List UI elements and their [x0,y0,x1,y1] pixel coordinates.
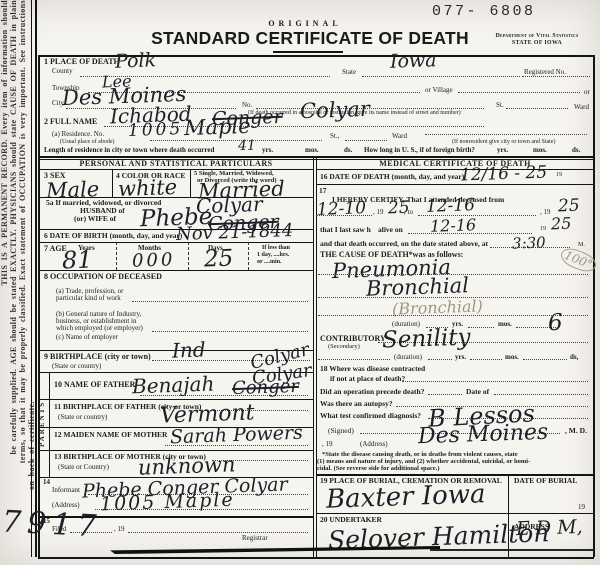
personal-header: PERSONAL AND STATISTICAL PARTICULARS [38,160,314,168]
margin-rule [31,0,32,557]
certify-number: 17 [319,187,327,195]
occupation-label: 8 OCCUPATION OF DECEASED [44,273,162,281]
dotted-line [428,359,452,360]
age-years-value: 81 [62,247,93,272]
father-birthplace-sub: (State or country) [58,414,107,421]
full-name-last: Colyar [300,99,371,122]
dotted-line [523,359,567,360]
form-border-right [593,55,595,557]
rule [38,450,314,451]
rule [38,242,314,243]
less-than-label3: or ....min. [257,259,282,265]
last-saw-value: 12-16 [430,217,477,235]
medical-header: MEDICAL CERTIFICATE OF DEATH [316,160,594,168]
yrs-label: yrs. [262,147,273,154]
dotted-line [318,359,390,360]
informant-label: Informant [52,487,80,494]
full-name-label: 2 FULL NAME [44,118,97,126]
dotted-line [345,140,387,141]
dotted-line [402,381,588,382]
lastsaw-19-label: 19 [540,226,546,232]
how-long-us-label: How long in U. S., if of foreign birth? [364,147,475,154]
rule [316,169,594,170]
place-of-death-label: 1 PLACE OF DEATH [44,58,120,66]
or-label: or [584,89,590,96]
age-days-value: 25 [204,247,234,271]
ward2-label: Ward [392,133,407,140]
occupation-b-label3: which employed (or employer) [56,325,143,332]
title-underline [273,51,343,53]
age-months-value: 000 [132,251,176,271]
md-label: , M. D. [565,427,587,435]
yrs-label: yrs. [497,147,508,154]
duration2-label: (duration) [394,354,422,361]
dod-19-label: 19 [556,172,562,178]
form-title: STANDARD CERTIFICATE OF DEATH [120,29,500,47]
margin-line: terms, so that it may be properly classi… [18,0,27,560]
sig-19-label: , 19 [322,441,333,448]
cell-divider [248,242,249,270]
nonresident-note: (If nonresident give city or town and St… [452,139,555,145]
st-label: St. [496,102,504,109]
residence-no-value: 1005 [128,121,184,140]
lastsaw-year-value: 25 [551,216,572,233]
to-label: , to [404,209,413,216]
father-name-label: 10 NAME OF FATHER [54,381,135,389]
burial-19-label: 19 [578,504,585,511]
mos-label: mos. [305,147,319,154]
secondary-label: (Secondary) [328,344,360,351]
rule [316,513,594,514]
informant-number: 14 [43,479,50,486]
residence-street-value: Maple [184,116,251,139]
birthplace-value: Ind [172,339,206,360]
dotted-line [494,394,588,395]
cell-divider [190,169,191,197]
undertaker-label: 20 UNDERTAKER [320,516,382,524]
death-occurred-label: and that death occurred, on the date sta… [320,240,488,248]
burial-date-label: DATE OF BURIAL [514,477,577,485]
less-than-label1: If less than [262,245,290,251]
duration2-yrs-label: yrs. [455,354,466,361]
date-of-death-value: 12/16 - 25 [460,164,548,184]
to-19-label: , 19 [540,209,551,216]
duration-value: 6 [548,312,563,335]
dotted-line [470,359,502,360]
from-19-label: , 19 [373,209,384,216]
father-surname-value: Colyar [251,362,313,388]
st2-label: St., [330,133,339,140]
dotted-line [425,134,587,135]
attended-from-value: 12-10 [317,200,367,219]
dotted-line [522,76,590,77]
attended-to-value: 12-16 [426,197,476,216]
cell-divider [112,169,113,197]
scan-artifact [430,549,594,551]
date-of-death-label: 16 DATE OF DEATH (month, day, and year) [320,173,464,181]
date-of-label: Date of [466,388,489,396]
dob-value: Nov 21-1844 [176,222,294,244]
footnote-line3: cidal. (See reverse side for additional … [317,466,440,473]
registrar-label: Registrar [242,535,268,542]
county-value: Polk [115,51,157,71]
informant-address-value: 1005 Maple [100,491,235,515]
filed-handwritten-number: 7917 [1,507,103,542]
birthplace-sub-label: (State or country) [52,363,101,370]
burial-place-value: Baxter Iowa [326,481,486,513]
dotted-line [428,394,462,395]
margin-line: THIS IS A PERMANENT RECORD. Every item o… [0,0,9,560]
occupation-a-label2: particular kind of work [56,295,121,302]
less-than-label2: 1 day, ....hrs. [257,252,289,258]
state-value: Iowa [390,51,437,72]
dotted-line [468,327,494,328]
dotted-line [152,331,308,332]
length-residence-label: Length of residence in city or town wher… [44,147,214,154]
filed-19-label: , 19 [114,526,125,533]
dotted-line [150,140,322,141]
state-label: State [342,69,356,76]
last-saw-label1: that I last saw h [320,226,371,234]
file-number: 077- 6808 [432,4,536,20]
birthplace-label: 9 BIRTHPLACE (city or town) [44,353,151,361]
dotted-line [362,76,520,77]
county-label: County [52,68,73,75]
autopsy-label: Was there an autopsy? [320,400,393,408]
cell-divider [508,474,509,513]
dotted-line [458,92,580,93]
parents-divider [49,372,50,477]
residence-label: (a) Residence. No. [52,131,104,138]
dob-label: 6 DATE OF BIRTH (month, day, and year) [44,232,182,240]
test-confirmed-label: What test confirmed diagnosis? [320,412,421,420]
duration2-ds-label: ds, [570,354,578,361]
contributory-value: Senility [382,326,471,352]
sig-address-label: (Address) [360,441,388,448]
cell-divider [188,242,189,270]
meridiem-label: M. [578,242,585,248]
rule [38,270,314,271]
death-certificate-scan: THIS IS A PERMANENT RECORD. Every item o… [0,0,600,565]
occupation-c-label: (c) Name of employer [56,334,118,341]
father-first-value: Benajah [132,374,215,397]
or-village-label: or Village [425,87,453,94]
undertaker-address-value: E D M, [516,518,583,539]
length-residence-value: 41 [238,139,256,154]
abode-note: (Usual place of abode) [60,139,114,145]
ds-label: ds. [344,147,352,154]
mos-label: mos. [533,147,547,154]
disease-contracted-label2: if not at place of death? [330,375,405,383]
dotted-line [132,301,308,302]
rule [316,184,594,185]
physician-address-value: Des Moines [418,422,549,449]
last-saw-label2: alive on [378,226,403,234]
margin-rule [35,0,37,557]
form-border-bottom [38,557,594,559]
cell-divider [116,242,117,270]
dotted-line [256,108,484,109]
rule [38,399,314,400]
parents-section-label: PARENTS [38,374,48,474]
ds-label: ds. [572,147,580,154]
disease-contracted-label1: 18 Where was disease contracted [320,365,425,373]
department-line1: Department of Vital Statistics [478,33,596,39]
signed-label: (Signed) [328,427,354,435]
mother-maiden-label: 12 MAIDEN NAME OF MOTHER [54,431,167,439]
mother-birthplace-sub: (State or Country) [58,464,109,471]
death-time-value: 3:30 [512,235,546,251]
column-divider [313,156,314,557]
dotted-line [316,215,372,216]
form-border-left [38,55,40,557]
spouse-label3: (or) WIFE of [74,215,116,223]
ward-label: Ward [574,104,589,111]
mother-maiden-value: Sarah Powers [170,424,303,448]
operation-label: Did an operation precede death? [320,388,424,396]
margin-line: be carefully supplied. AGE should be sta… [9,0,18,560]
duration2-mos-label: mos. [505,354,519,361]
department-line2: STATE OF IOWA [478,40,596,46]
duration-mos-label: mos. [498,321,512,328]
dotted-line [128,532,308,533]
dotted-line [506,108,568,109]
